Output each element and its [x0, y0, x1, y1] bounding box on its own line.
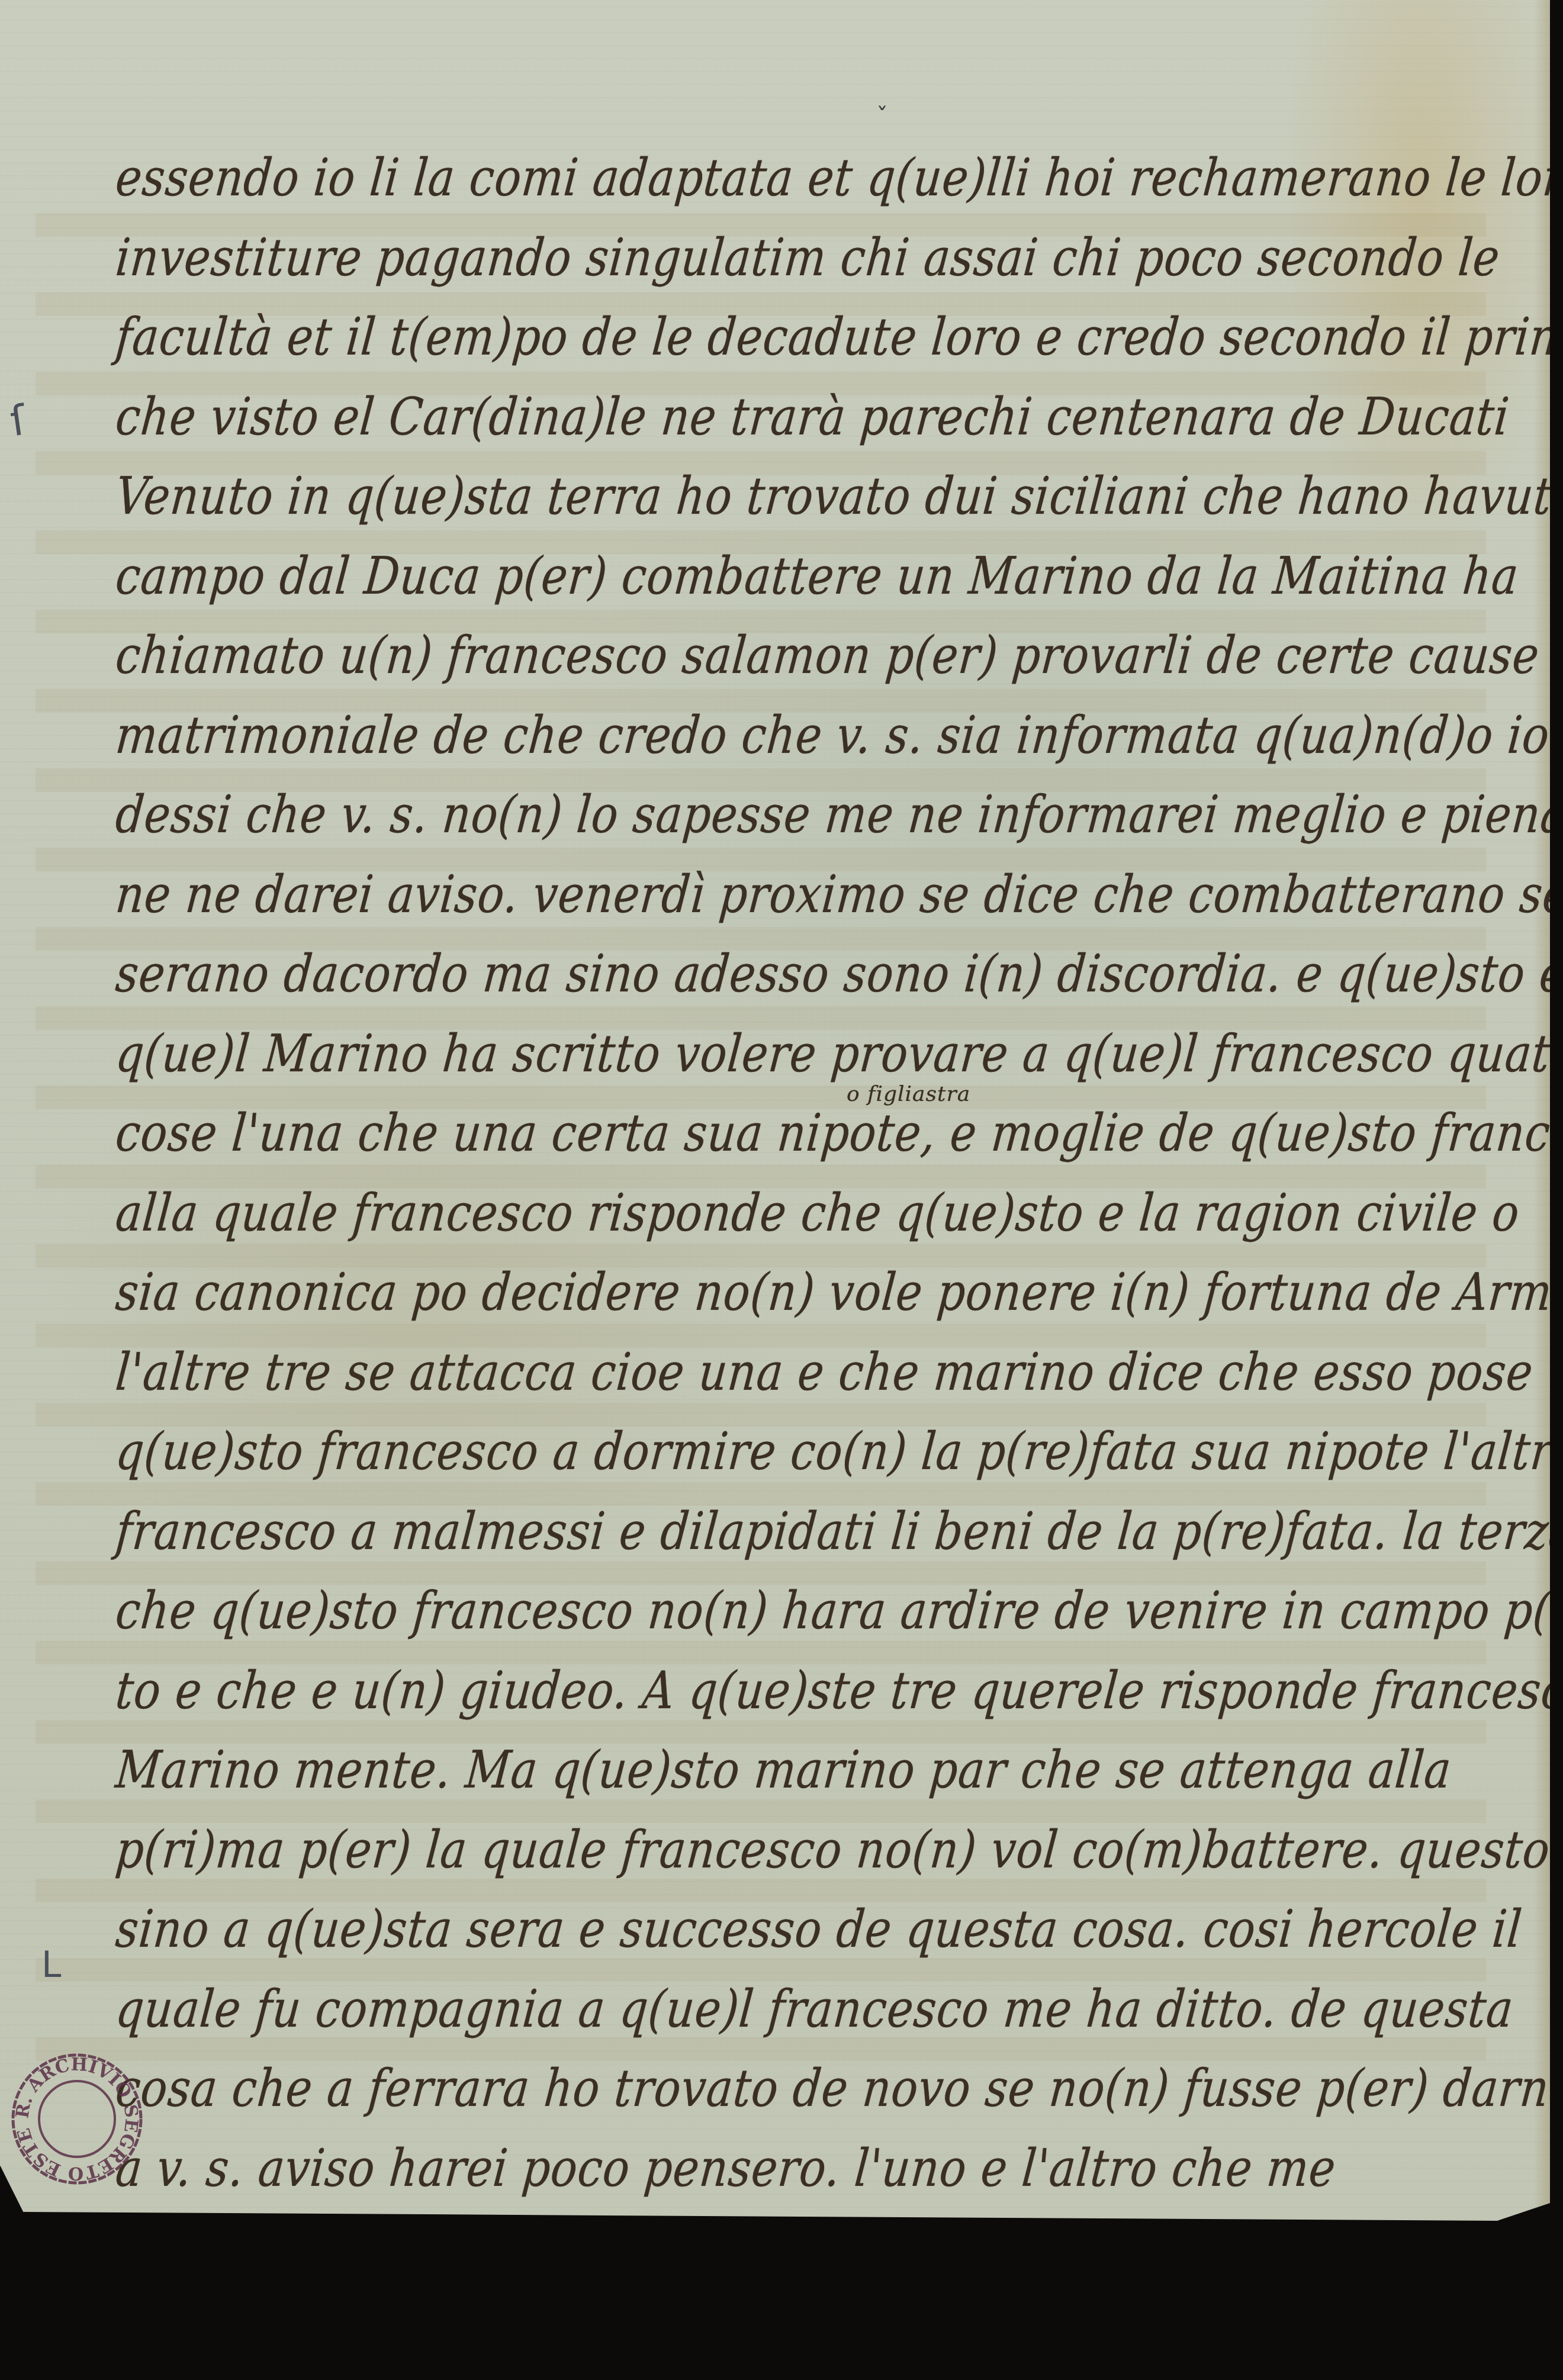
svg-text:R. ARCHIVIO SEGRETO ESTENSE: R. ARCHIVIO SEGRETO ESTENSE — [6, 2048, 142, 2183]
archive-stamp-icon: R. ARCHIVIO SEGRETO ESTENSE — [6, 2048, 148, 2190]
margin-tick-mark: ˇ — [876, 104, 888, 131]
margin-pencil-mark-top: ſ — [7, 396, 28, 446]
handwritten-text-block: essendo io li la comi adaptata et q(ue)l… — [112, 151, 1545, 2243]
archive-stamp: R. ARCHIVIO SEGRETO ESTENSE — [6, 2048, 148, 2190]
margin-pencil-mark-bottom: L — [41, 1944, 61, 1986]
manuscript-page: ſ ˇ L essendo io li la comi adaptata et … — [0, 0, 1550, 2221]
text-line-27: dispiace assai. p(er)che tutto hoggi se … — [112, 2221, 1545, 2243]
